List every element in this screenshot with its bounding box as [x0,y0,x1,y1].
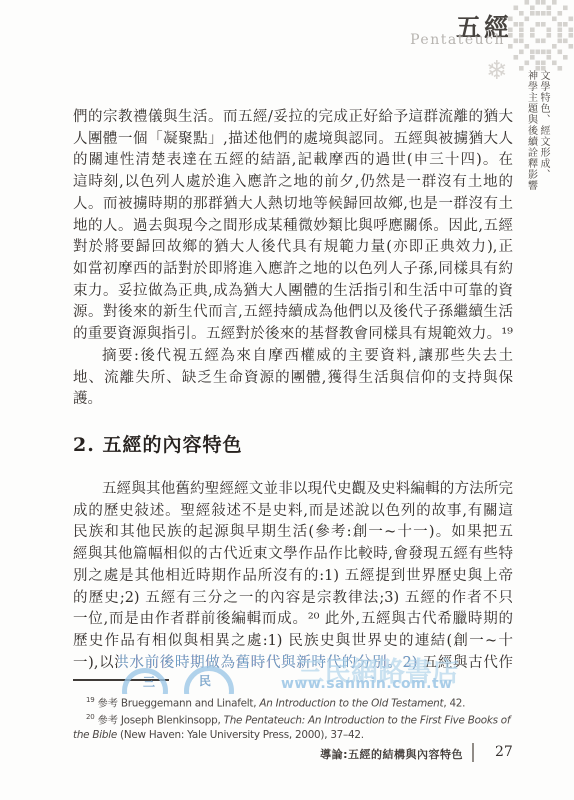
watermark-url: www.sanmin.com.tw [281,676,453,692]
text-line: 源。對後來的新生代而言,五經持續成為他們以及後代子孫繼續生活 [73,302,513,324]
page-header-subtitle: Pentateuch [410,32,505,48]
text-line: 們的宗教禮儀與生活。而五經/妥拉的完成正好給予這群流離的猶大 [73,107,513,129]
text-line: 經與其他篇幅相似的古代近東文學作品作比較時,會發現五經有些特 [73,544,513,566]
summary-line: 護。 [73,389,513,411]
text-line: 束力。妥拉做為正典,成為猶大人團體的生活指引和生活中可靠的資 [73,281,513,303]
watermark-logo-char: 三 [143,673,155,690]
book-title: An Introduction to the Old Testament [259,697,443,709]
side-vertical-note: 文學特色、經文形成、 神學主題與後續詮釋影響 [524,70,549,270]
text-line: 如當初摩西的話對於即將進入應許之地的以色列人子孫,同樣具有約 [73,259,513,281]
text-line: 的關連性清楚表達在五經的結語,記載摩西的過世(申三十四)。在 [73,150,513,172]
text-line: 的歷史;2) 五經有三分之一的內容是宗教律法;3) 五經的作者不只 [73,588,513,610]
footnote-marker: 20 [86,713,94,721]
footnote-19: 19 參考 Brueggemann and Linafelt, An Intro… [73,694,517,711]
footnote-20: 20 參考 Joseph Blenkinsopp, The Pentateuch… [73,711,517,742]
text-line: 成的歷史敍述。聖經敍述不是史料,而是述說以色列的故事,有關這 [73,501,513,523]
floral-ornament-icon: ❄ [486,56,508,86]
book-page: 五經 Pentateuch ❄ 文學特色、經文形成、 神學主題與後續詮釋影響 們… [0,0,574,800]
text-line: 五經與其他舊約聖經經文並非以現代史觀及史料編輯的方法所完 [73,479,513,501]
page-number: 27 [495,744,513,760]
text-line: 的重要資源與指引。五經對於後來的基督教會同樣具有規範效力。¹⁹ [73,324,513,346]
text-line: 地的人。過去與現今之間形成某種微妙類比與呼應關係。因此,五經 [73,216,513,238]
summary-line: 摘要:後代視五經為來自摩西權威的主要資料,讓那些失去土 [73,346,513,368]
body-paragraph-1: 們的宗教禮儀與生活。而五經/妥拉的完成正好給予這群流離的猶大 人團體一個「凝聚點… [73,107,513,411]
lattice-pattern-icon [508,0,574,72]
body-paragraph-2: 五經與其他舊約聖經經文並非以現代史觀及史料編輯的方法所完 成的歷史敍述。聖經敍述… [73,479,513,674]
text-line: 別之處是其他相近時期作品所沒有的:1) 五經提到世界歷史與上帝 [73,566,513,588]
text-line: 一位,而是由作者群前後編輯而成。²⁰ 此外,五經與古代希臘時期的 [73,609,513,631]
footer-chapter-label: 導論:五經的結構與內容特色 [320,746,463,762]
text-line: 人。而被擄時期的那群猶大人熱切地等候歸回故鄉,也是一群沒有土 [73,194,513,216]
section-heading: 2. 五經的內容特色 [73,430,242,457]
footnotes: 19 參考 Brueggemann and Linafelt, An Intro… [73,694,517,742]
footnote-marker: 19 [86,696,94,704]
text-line: 民族和其他民族的起源與早期生活(參考:創一~十一)。如果把五 [73,522,513,544]
text-line: 這時刻,以色列人處於進入應許之地的前夕,仍然是一群沒有土地的 [73,172,513,194]
watermark-logo-char: 民 [199,672,211,689]
text-line: 人團體一個「凝聚點」,描述他們的處境與認同。五經與被擄猶大人 [73,129,513,151]
summary-line: 地、流離失所、缺乏生命資源的團體,獲得生活與信仰的支持與保 [73,368,513,390]
footer-divider [472,743,474,762]
text-line: 對於將要歸回故鄉的猶大人後代具有規範力量(亦即正典效力),正 [73,237,513,259]
